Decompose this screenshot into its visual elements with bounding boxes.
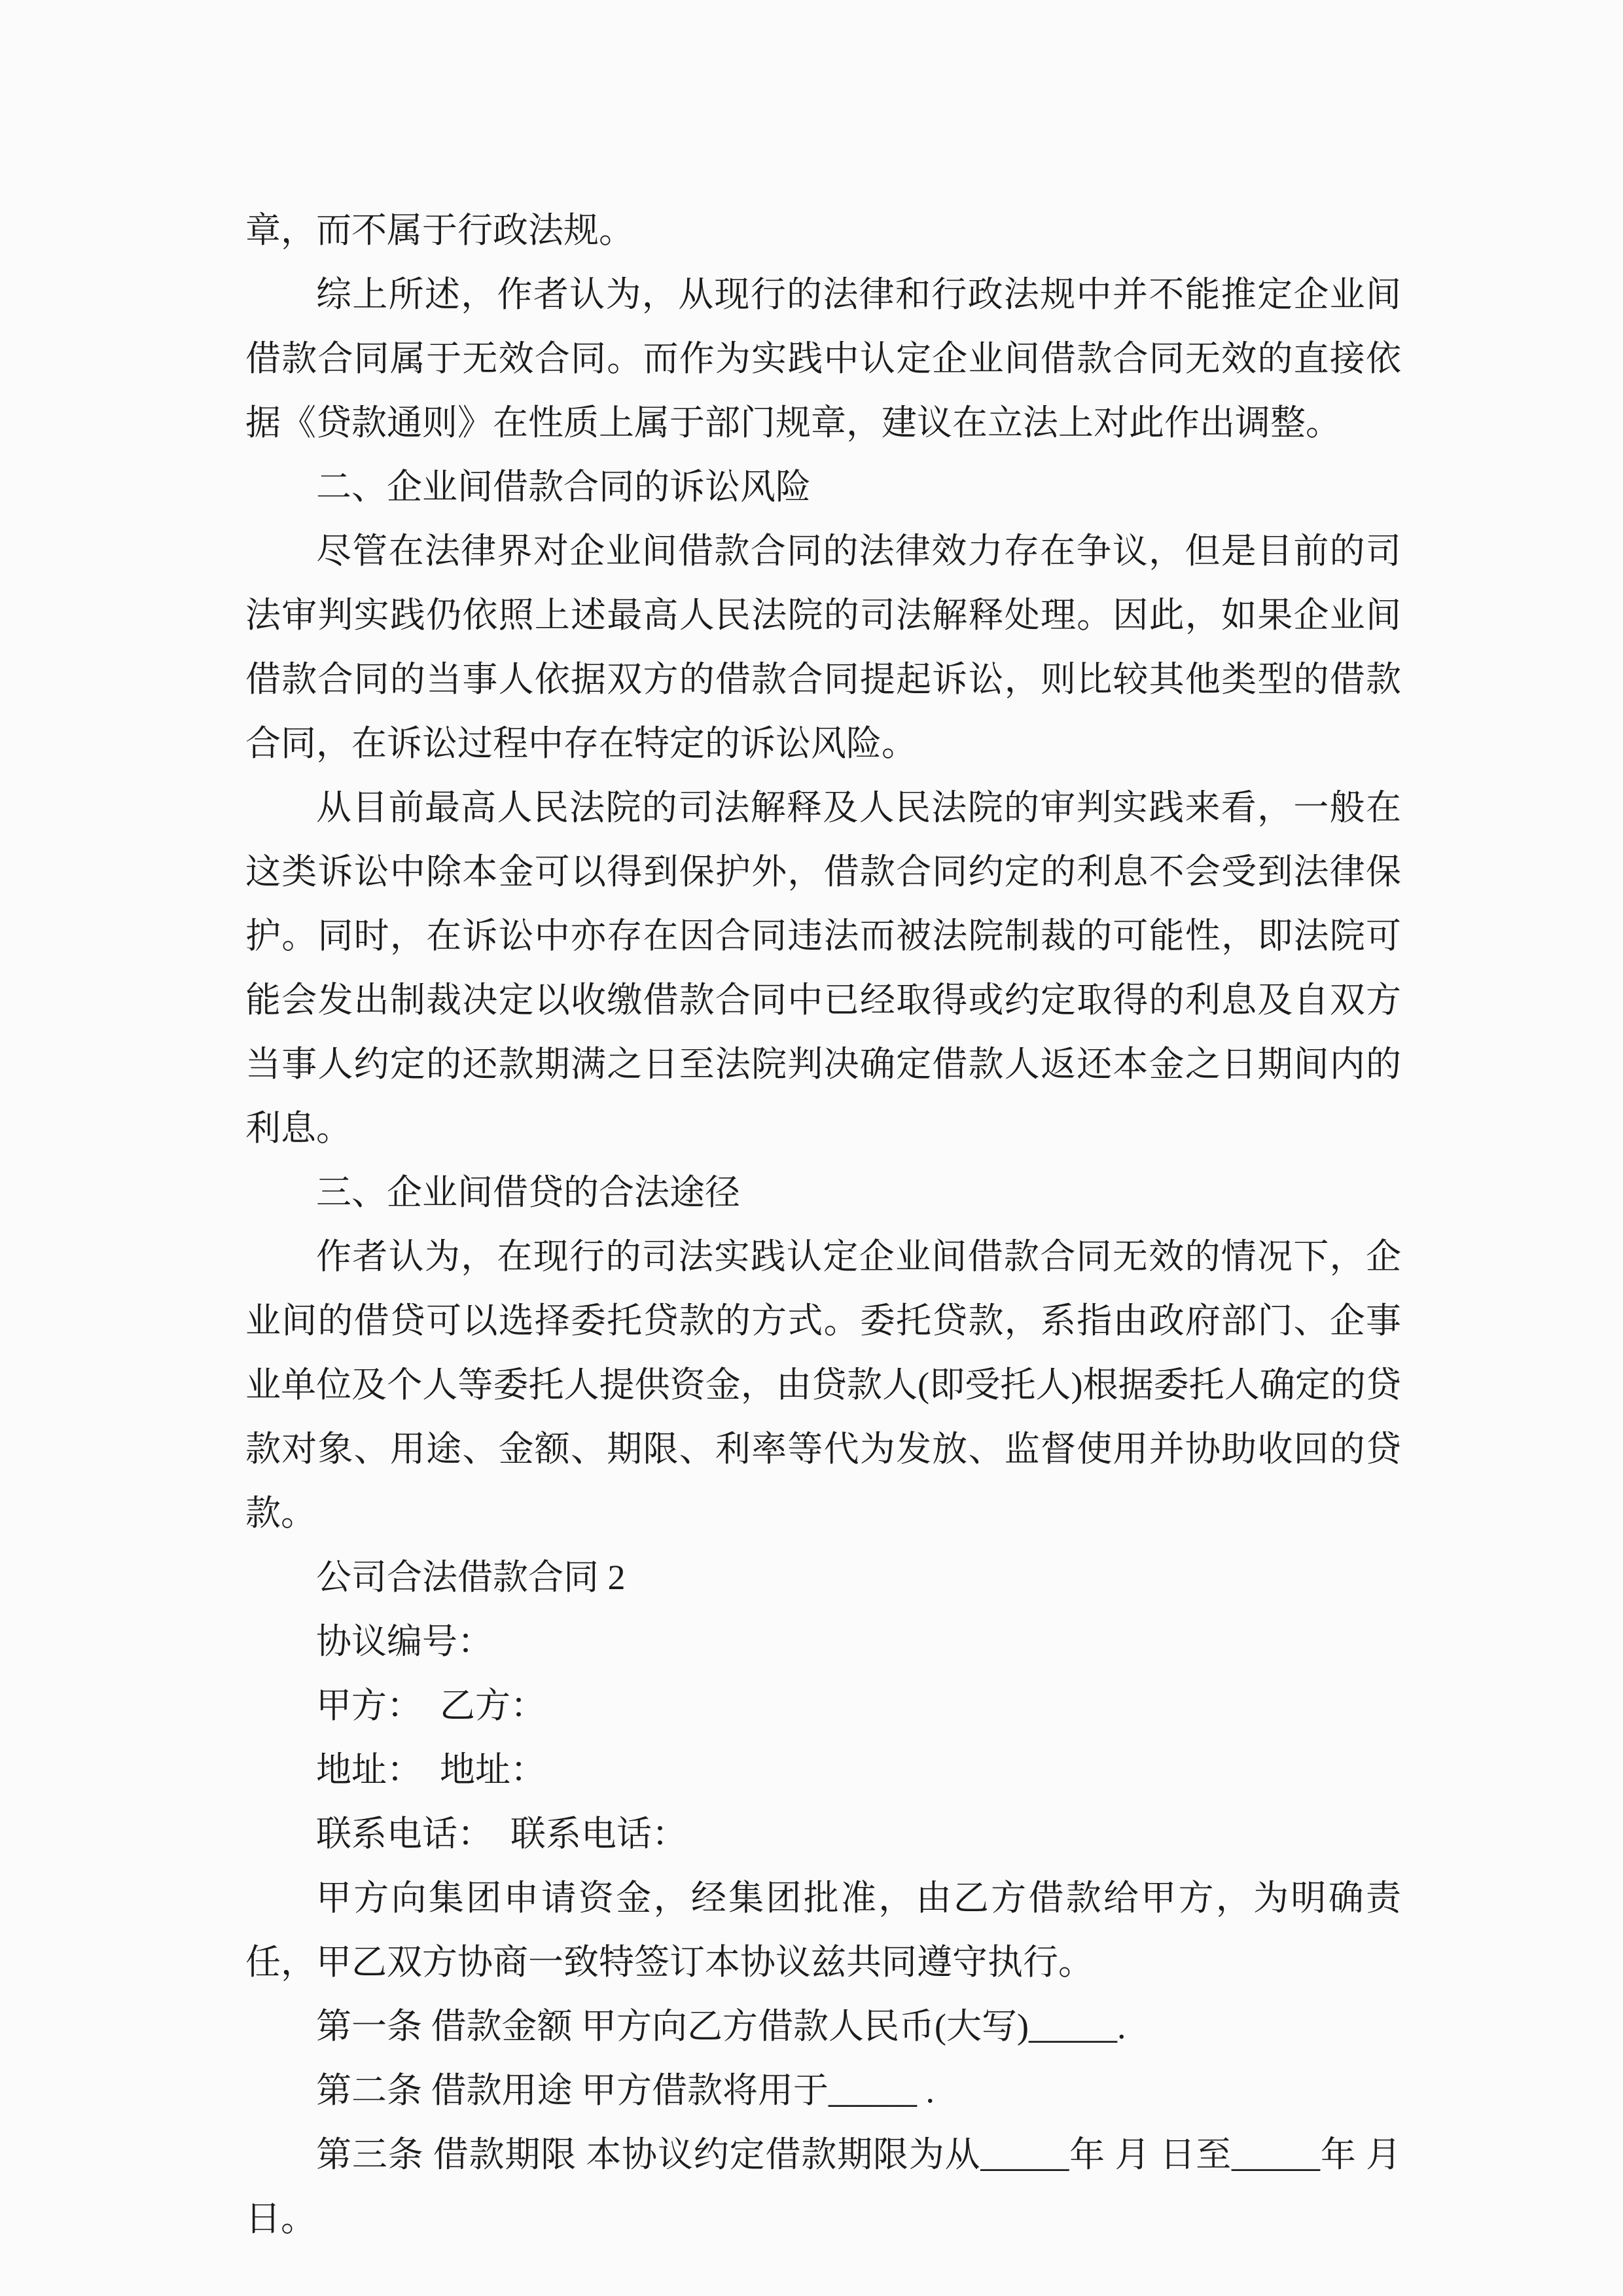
paragraph-continuation: 章，而不属于行政法规。 xyxy=(245,198,1401,262)
clause-3-loan-term: 第三条 借款期限 本协议约定借款期限为从_____年 月 日至_____年 月 … xyxy=(245,2123,1401,2251)
document-page: 章，而不属于行政法规。 综上所述，作者认为，从现行的法律和行政法规中并不能推定企… xyxy=(0,0,1623,2296)
paragraph-litigation-risk-1: 尽管在法律界对企业间借款合同的法律效力存在争议，但是目前的司法审判实践仍依照上述… xyxy=(245,519,1401,776)
line-agreement-number: 协议编号： xyxy=(245,1609,1401,1674)
clause-1-loan-amount: 第一条 借款金额 甲方向乙方借款人民币(大写)_____. xyxy=(245,1994,1401,2058)
clause-2-loan-purpose: 第二条 借款用途 甲方借款将用于_____ . xyxy=(245,2058,1401,2123)
heading-section-3: 三、企业间借贷的合法途径 xyxy=(245,1160,1401,1225)
paragraph-litigation-risk-2: 从目前最高人民法院的司法解释及人民法院的审判实践来看，一般在这类诉讼中除本金可以… xyxy=(245,776,1401,1160)
line-party-a-b: 甲方： 乙方： xyxy=(245,1674,1401,1738)
heading-section-2: 二、企业间借款合同的诉讼风险 xyxy=(245,455,1401,519)
paragraph-conclusion: 综上所述，作者认为，从现行的法律和行政法规中并不能推定企业间借款合同属于无效合同… xyxy=(245,262,1401,455)
document-body: 章，而不属于行政法规。 综上所述，作者认为，从现行的法律和行政法规中并不能推定企… xyxy=(245,198,1401,2251)
paragraph-preamble: 甲方向集团申请资金，经集团批准，由乙方借款给甲方，为明确责任，甲乙双方协商一致特… xyxy=(245,1866,1401,1994)
line-address: 地址： 地址： xyxy=(245,1738,1401,1802)
subtitle-contract-2: 公司合法借款合同 2 xyxy=(245,1545,1401,1609)
line-phone: 联系电话： 联系电话： xyxy=(245,1802,1401,1866)
paragraph-legal-channel: 作者认为，在现行的司法实践认定企业间借款合同无效的情况下，企业间的借贷可以选择委… xyxy=(245,1225,1401,1545)
